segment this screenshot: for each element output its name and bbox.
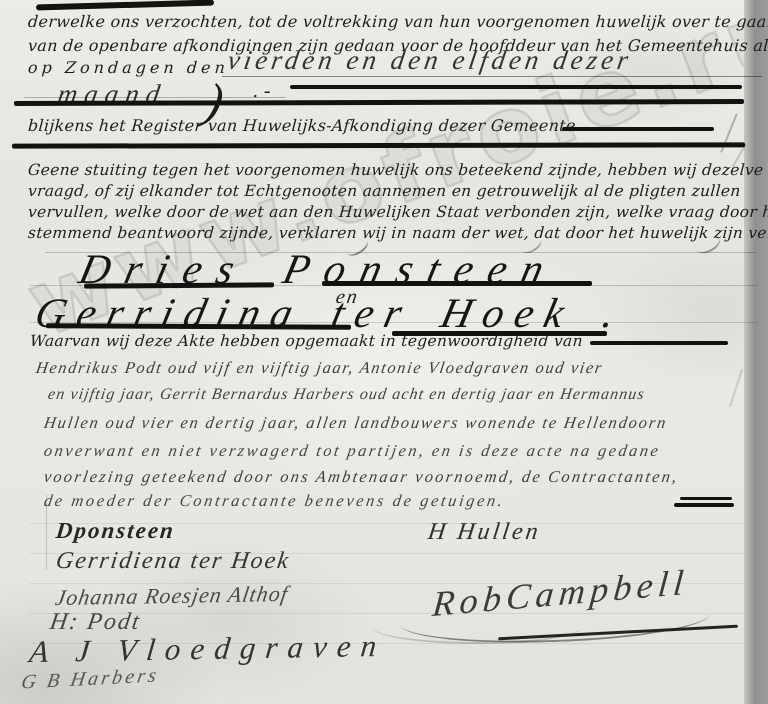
strike-rule <box>562 127 714 131</box>
top-ink-stroke <box>36 0 214 10</box>
signature-bride: Gerridiena ter Hoek <box>54 548 292 575</box>
margin-line <box>46 495 47 570</box>
witness-text-line-2: en vijftig jaar, Gerrit Bernardus Harber… <box>47 386 647 404</box>
marriage-record-scan: www.ofroie.ru derwelke ons verzochten, t… <box>0 0 768 704</box>
name-underline <box>322 281 592 286</box>
printed-line-1: derwelke ons verzochten, tot de voltrekk… <box>27 13 768 31</box>
pen-mark <box>729 369 743 408</box>
printed-register-line: blijkens het Register van Huwelijks-Afko… <box>27 117 576 135</box>
strike-rule <box>290 85 742 89</box>
printed-sundays-prefix: op Zondagen den <box>27 59 229 77</box>
printed-akte-line: Waarvan wij deze Akte hebben opgemaakt i… <box>29 333 583 350</box>
strike-rule <box>590 341 728 345</box>
printed-para-line-2: vraagd, of zij elkander tot Echtgenooten… <box>27 183 741 200</box>
printed-para-line-3: vervullen, welke door de wet aan den Huw… <box>27 204 768 221</box>
handwritten-proclamation-dates: vierden en den elfden dezer <box>226 45 635 76</box>
printed-para-line-1: Geene stuiting tegen het voorgenomen huw… <box>27 162 768 179</box>
witness-text-line-1: Hendrikus Podt oud vijf en vijftig jaar,… <box>34 358 604 378</box>
page-edge-shadow <box>744 0 768 704</box>
signature-vloedgraven: A J Vloedgraven <box>28 628 389 670</box>
closing-dash <box>680 497 732 500</box>
signature-hullen: H Hullen <box>426 519 542 546</box>
signature-flourish-arc <box>372 610 582 644</box>
section-divider-rule <box>12 142 745 148</box>
witness-text-line-3: Hullen oud vier en dertig jaar, allen la… <box>42 413 668 433</box>
witness-text-line-6: de moeder der Contractante benevens de g… <box>42 491 506 511</box>
fill-in-rule <box>222 76 762 77</box>
signature-johanna-althof: Johanna Roesjen Althof <box>54 581 291 611</box>
witness-text-line-4: onverwant en niet verzwagerd tot partije… <box>42 441 661 461</box>
closing-dash <box>674 503 734 507</box>
signature-groom: Dponsteen <box>55 518 177 544</box>
witness-text-line-5: voorlezing geteekend door ons Ambtenaar … <box>42 467 680 487</box>
fill-in-rule <box>24 97 286 98</box>
printed-para-line-4: stemmend beantwoord zijnde, verklaren wi… <box>27 225 768 242</box>
